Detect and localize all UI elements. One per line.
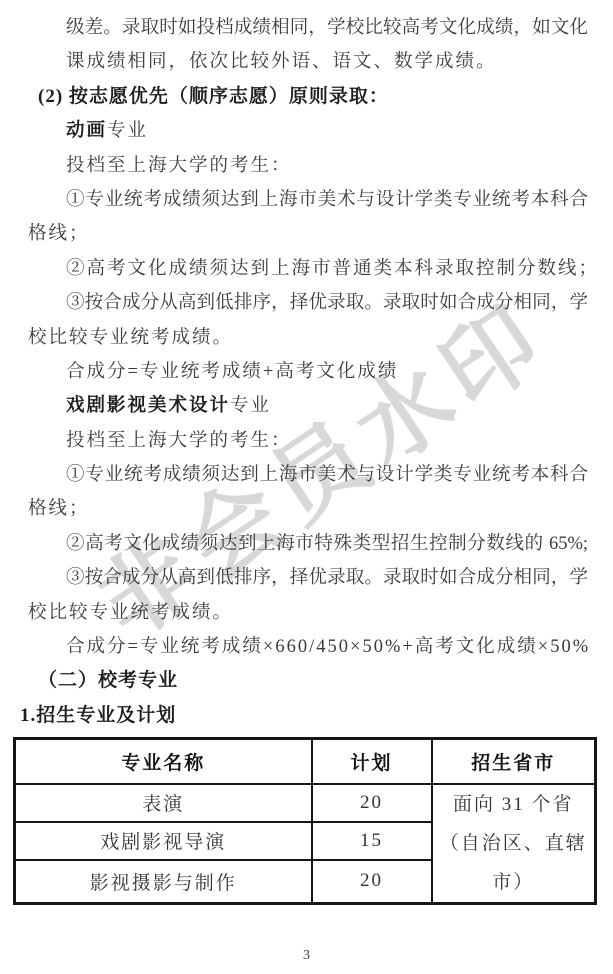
animation-formula: 合成分=专业统考成绩+高考文化成绩 [66,355,588,389]
paragraph-fragment-line-2: 课成绩相同，依次比较外语、语文、数学成绩。 [66,45,588,79]
drama-rule-1-line-1: ①专业统考成绩须达到上海市美术与设计学类专业统考本科合 [66,458,588,492]
page-number: 3 [0,948,613,964]
region-cell: 面向 31 个省 （自治区、直辖市） [432,784,596,904]
animation-rule-3-line-1: ③按合成分从高到低排序，择优录取。录取时如合成分相同，学 [66,286,588,320]
major-cell: 表演 [15,784,312,822]
drama-rule-2: ②高考文化成绩须达到上海市特殊类型招生控制分数线的 65%; [66,527,588,561]
enrollment-plan-heading: 1.招生专业及计划 [20,699,588,733]
animation-major-name: 动画 [66,121,107,141]
table-row: 表演 20 面向 31 个省 （自治区、直辖市） [15,784,596,822]
animation-rule-2: ②高考文化成绩须达到上海市普通类本科录取控制分数线； [66,252,588,286]
table-header-major: 专业名称 [15,739,312,784]
region-line-1: 面向 31 个省 [433,785,595,824]
drama-formula: 合成分=专业统考成绩×660/450×50%+高考文化成绩×50% [66,630,588,664]
animation-rule-3-line-2: 校比较专业统考成绩。 [28,321,588,355]
plan-cell: 20 [312,784,432,822]
drama-major-heading: 戏剧影视美术设计专业 [66,389,588,423]
table-header-row: 专业名称 计划 招生省市 [15,739,596,784]
drama-rule-1-line-2: 格线； [28,492,588,526]
school-exam-section-heading: （二）校考专业 [38,664,588,698]
paragraph-fragment-line-1: 级差。录取时如投档成绩相同，学校比较高考文化成绩，如文化 [66,11,588,45]
region-line-2: （自治区、直辖市） [433,824,595,902]
animation-rule-1-line-2: 格线； [28,217,588,251]
document-page: 非会员水印 级差。录取时如投档成绩相同，学校比较高考文化成绩，如文化 课成绩相同… [0,0,613,974]
animation-intro-line: 投档至上海大学的考生： [66,149,588,183]
drama-major-name: 戏剧影视美术设计 [66,396,230,416]
animation-rule-1-line-1: ①专业统考成绩须达到上海市美术与设计学类专业统考本科合 [66,183,588,217]
animation-major-suffix: 专业 [107,121,148,141]
drama-rule-3-line-2: 校比较专业统考成绩。 [28,596,588,630]
drama-rule-3-line-1: ③按合成分从高到低排序，择优录取。录取时如合成分相同，学 [66,561,588,595]
major-cell: 影视摄影与制作 [15,860,312,904]
enrollment-plan-table: 专业名称 计划 招生省市 表演 20 面向 31 个省 （自治区、直辖市） 戏剧… [13,737,597,905]
major-cell: 戏剧影视导演 [15,822,312,860]
plan-cell: 15 [312,822,432,860]
drama-major-suffix: 专业 [230,396,271,416]
section-2-heading: (2) 按志愿优先（顺序志愿）原则录取： [38,80,588,114]
animation-major-heading: 动画专业 [66,114,588,148]
table-header-plan: 计划 [312,739,432,784]
document-body: 级差。录取时如投档成绩相同，学校比较高考文化成绩，如文化 课成绩相同，依次比较外… [0,0,613,733]
drama-intro-line: 投档至上海大学的考生： [66,424,588,458]
plan-cell: 20 [312,860,432,904]
table-header-region: 招生省市 [432,739,596,784]
